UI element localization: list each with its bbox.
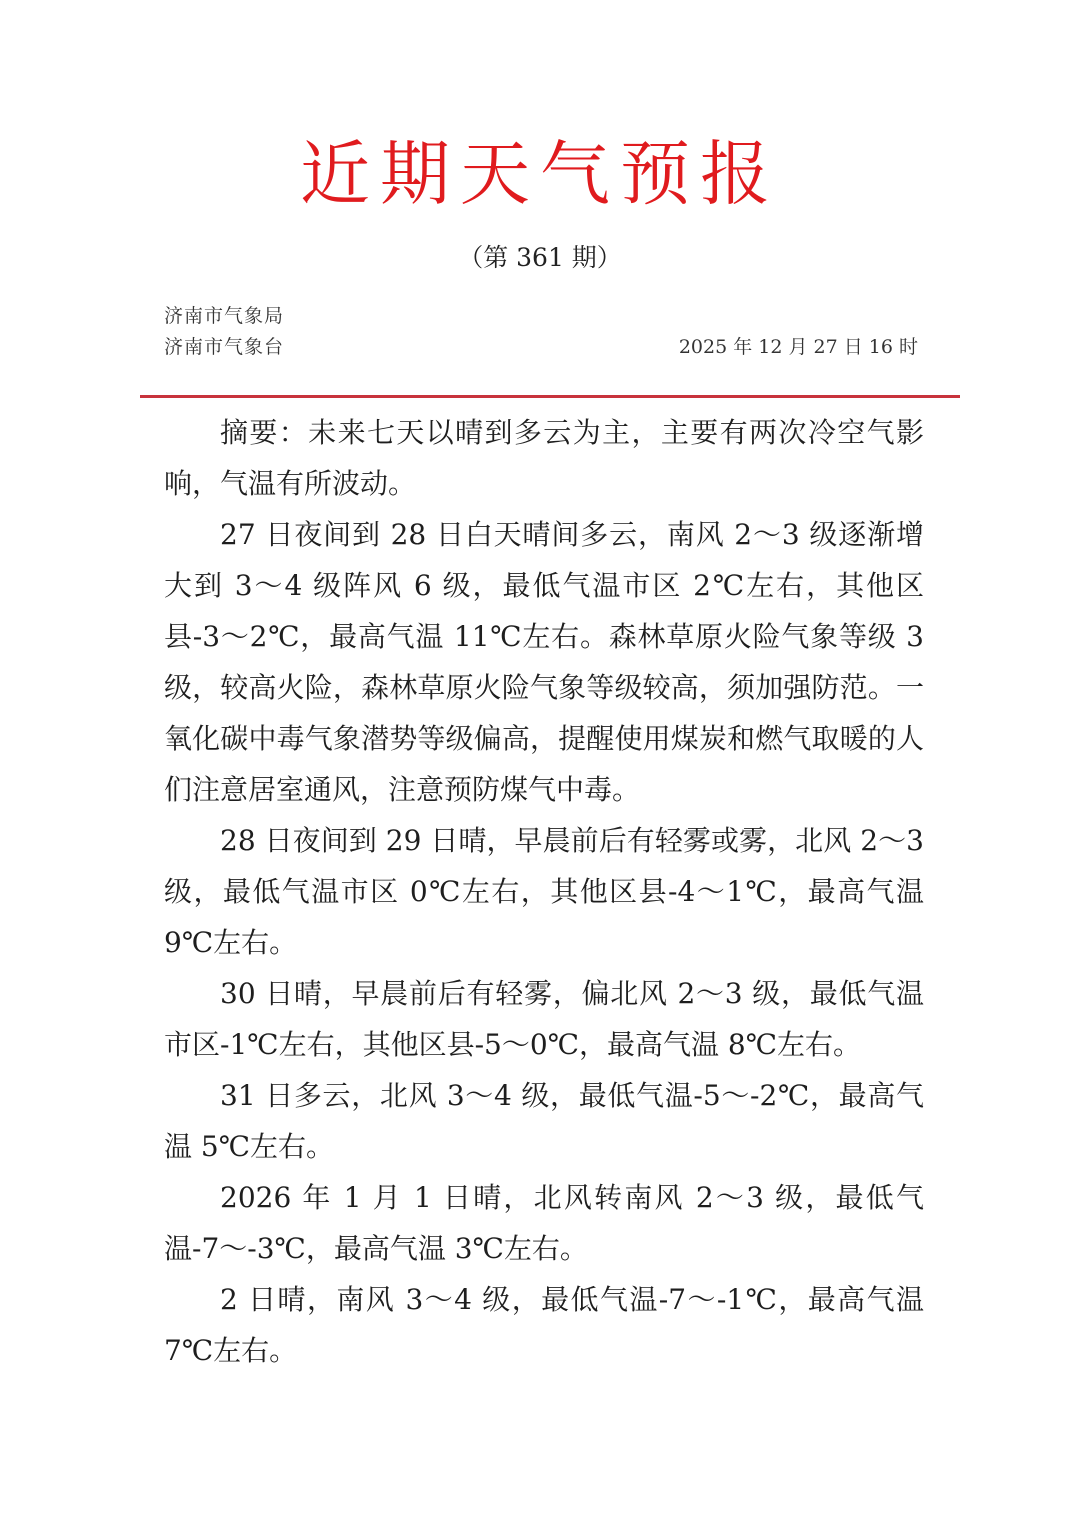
summary-paragraph: 摘要：未来七天以晴到多云为主，主要有两次冷空气影响，气温有所波动。 bbox=[164, 407, 924, 509]
forecast-paragraph-30: 30 日晴，早晨前后有轻雾，偏北风 2～3 级，最低气温市区-1℃左右，其他区县… bbox=[164, 968, 924, 1070]
forecast-paragraph-28-29: 28 日夜间到 29 日晴，早晨前后有轻雾或雾，北风 2～3 级，最低气温市区 … bbox=[164, 815, 924, 968]
header-divider bbox=[140, 395, 960, 398]
issue-datetime: 2025 年 12 月 27 日 16 时 bbox=[679, 334, 918, 360]
forecast-paragraph-31: 31 日多云，北风 3～4 级，最低气温-5～-2℃，最高气温 5℃左右。 bbox=[164, 1070, 924, 1172]
forecast-paragraph-jan-2: 2 日晴，南风 3～4 级，最低气温-7～-1℃，最高气温 7℃左右。 bbox=[164, 1274, 924, 1376]
issuer-bureau: 济南市气象局 bbox=[164, 303, 284, 329]
issuer-observatory: 济南市气象台 bbox=[164, 334, 284, 360]
forecast-paragraph-jan-1: 2026 年 1 月 1 日晴，北风转南风 2～3 级，最低气温-7～-3℃，最… bbox=[164, 1172, 924, 1274]
issue-number: （第 361 期） bbox=[0, 240, 1080, 276]
forecast-paragraph-27-28: 27 日夜间到 28 日白天晴间多云，南风 2～3 级逐渐增大到 3～4 级阵风… bbox=[164, 509, 924, 815]
forecast-body: 摘要：未来七天以晴到多云为主，主要有两次冷空气影响，气温有所波动。 27 日夜间… bbox=[164, 407, 924, 1376]
document-title: 近期天气预报 bbox=[0, 132, 1080, 216]
